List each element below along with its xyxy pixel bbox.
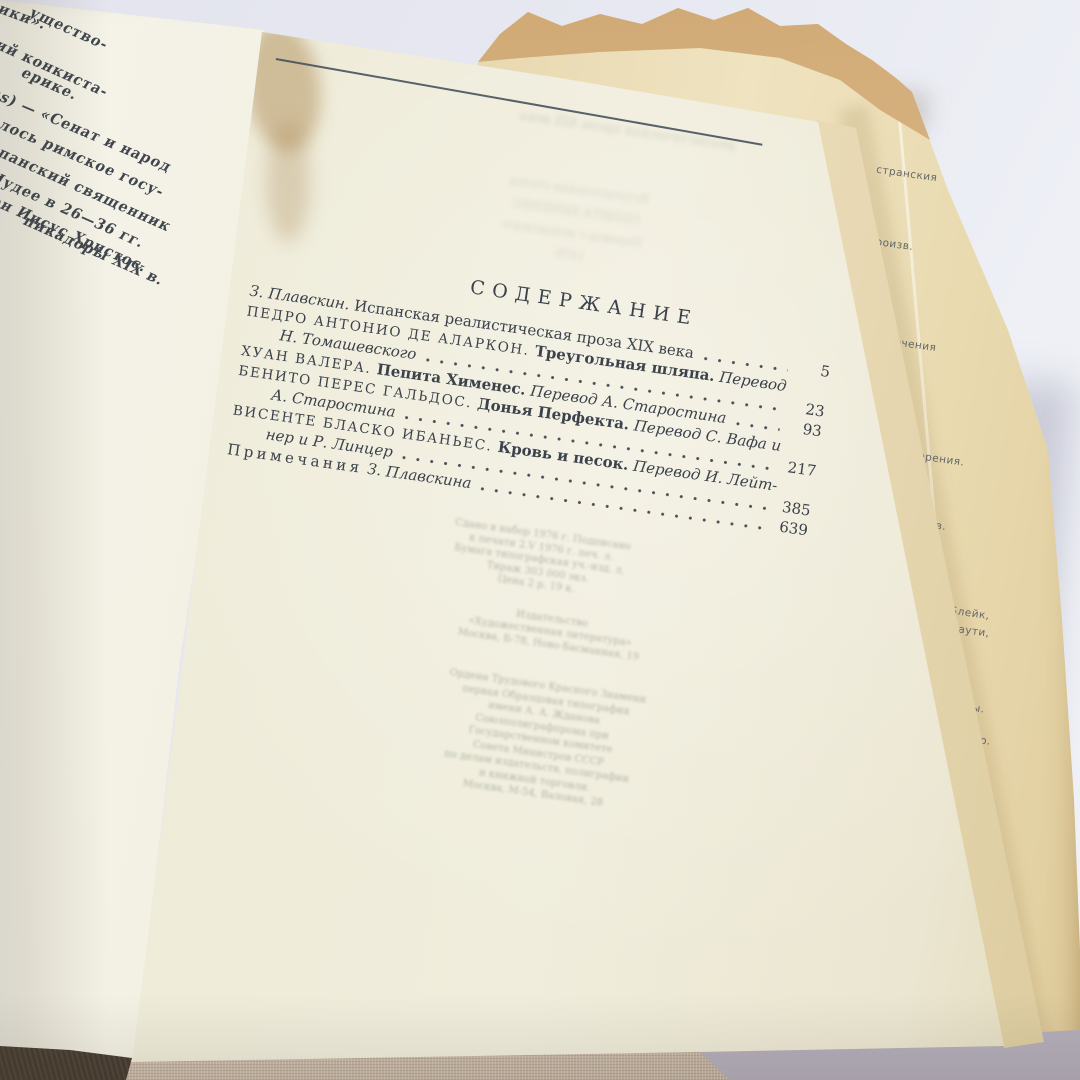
showthrough-text: Вступительная статьяПЕПИТА ХИМЕНЕСПерево… [420,158,729,287]
colophon-print-block: Сдано в набор 1976 г. Подписанок печати … [411,512,667,609]
toc-entry-indent [230,434,266,439]
book-photo-scene: странскияпроизв.да.ключенияотворения.аст… [0,0,1080,1080]
toc-page-number: 217 [781,458,817,481]
publisher-block: Издательство«Художественная литература»М… [429,596,672,668]
toc-entry-indent [243,335,279,340]
toc-page-number: 93 [787,418,823,441]
toc-page-number: 639 [773,517,809,540]
toc-page-number: 23 [790,398,826,421]
jacket-flap-fragment: странския [875,164,938,184]
printing-house-block: Ордена Трудового Красного Знаменипервая … [403,662,677,819]
table-of-contents: СОДЕРЖАНИЕ З. Плавскин. Испанская реалис… [226,246,836,541]
toc-page-number: 385 [776,497,812,520]
gutter-stain [266,122,310,242]
toc-entry-indent [235,395,271,400]
toc-page-number: 5 [795,358,831,381]
